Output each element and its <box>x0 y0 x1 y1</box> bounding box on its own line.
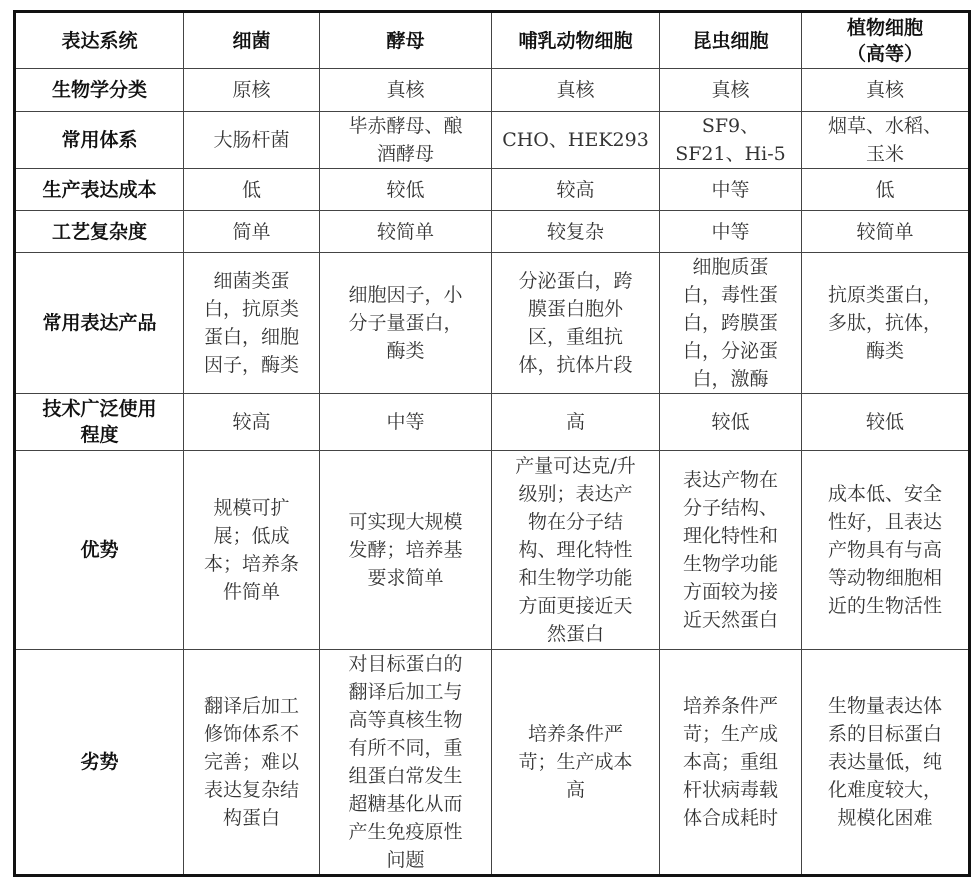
table-cell: 中等 <box>320 394 492 451</box>
header-yeast: 酵母 <box>320 12 492 69</box>
header-bacteria: 细菌 <box>184 12 320 69</box>
table-cell: 可实现大规模 发酵；培养基 要求简单 <box>320 451 492 650</box>
row-header: 常用表达产品 <box>15 253 184 394</box>
table-cell: 真核 <box>660 69 802 112</box>
row-header: 常用体系 <box>15 112 184 169</box>
table-cell: 较低 <box>802 394 970 451</box>
table-cell: 分泌蛋白，跨 膜蛋白胞外 区，重组抗 体，抗体片段 <box>492 253 660 394</box>
header-mammalian-cell: 哺乳动物细胞 <box>492 12 660 69</box>
header-insect-cell: 昆虫细胞 <box>660 12 802 69</box>
table-cell: 对目标蛋白的 翻译后加工与 高等真核生物 有所不同，重 组蛋白常发生 超糖基化从… <box>320 650 492 876</box>
row-header: 优势 <box>15 451 184 650</box>
table-row-common-systems: 常用体系 大肠杆菌 毕赤酵母、酿 酒酵母 CHO、HEK293 SF9、 SF2… <box>15 112 970 169</box>
table-cell: 低 <box>802 169 970 211</box>
table-cell: 培养条件严 苛；生产成本 高 <box>492 650 660 876</box>
table-cell: 毕赤酵母、酿 酒酵母 <box>320 112 492 169</box>
table-cell: 细胞因子，小 分子量蛋白， 酶类 <box>320 253 492 394</box>
table-cell: 较简单 <box>320 211 492 253</box>
table-cell: 中等 <box>660 169 802 211</box>
table-header-row: 表达系统 细菌 酵母 哺乳动物细胞 昆虫细胞 植物细胞 （高等） <box>15 12 970 69</box>
table-row-products: 常用表达产品 细菌类蛋 白，抗原类 蛋白，细胞 因子，酶类 细胞因子，小 分子量… <box>15 253 970 394</box>
table-cell: 中等 <box>660 211 802 253</box>
table-cell: 低 <box>184 169 320 211</box>
table-row-advantages: 优势 规模可扩 展；低成 本；培养条 件简单 可实现大规模 发酵；培养基 要求简… <box>15 451 970 650</box>
table-cell: 较简单 <box>802 211 970 253</box>
expression-system-comparison-table: 表达系统 细菌 酵母 哺乳动物细胞 昆虫细胞 植物细胞 （高等） 生物学分类 原… <box>13 10 971 877</box>
row-header: 生物学分类 <box>15 69 184 112</box>
table-cell: CHO、HEK293 <box>492 112 660 169</box>
table-cell: 抗原类蛋白， 多肽，抗体， 酶类 <box>802 253 970 394</box>
table-cell: 产量可达克/升 级别；表达产 物在分子结 构、理化特性 和生物学功能 方面更接近… <box>492 451 660 650</box>
table-cell: 较复杂 <box>492 211 660 253</box>
table-cell: 翻译后加工 修饰体系不 完善；难以 表达复杂结 构蛋白 <box>184 650 320 876</box>
table-cell: 高 <box>492 394 660 451</box>
table-cell: 细胞质蛋 白，毒性蛋 白，跨膜蛋 白，分泌蛋 白，激酶 <box>660 253 802 394</box>
table-cell: 较高 <box>492 169 660 211</box>
table-cell: 大肠杆菌 <box>184 112 320 169</box>
table-cell: 原核 <box>184 69 320 112</box>
table-cell: 成本低、安全 性好，且表达 产物具有与高 等动物细胞相 近的生物活性 <box>802 451 970 650</box>
table-cell: 真核 <box>320 69 492 112</box>
table-cell: 烟草、水稻、 玉米 <box>802 112 970 169</box>
table-cell: 较低 <box>320 169 492 211</box>
table-cell: SF9、 SF21、Hi-5 <box>660 112 802 169</box>
table-cell: 规模可扩 展；低成 本；培养条 件简单 <box>184 451 320 650</box>
header-expression-system: 表达系统 <box>15 12 184 69</box>
row-header: 工艺复杂度 <box>15 211 184 253</box>
table-cell: 较高 <box>184 394 320 451</box>
table-cell: 表达产物在 分子结构、 理化特性和 生物学功能 方面较为接 近天然蛋白 <box>660 451 802 650</box>
table-cell: 细菌类蛋 白，抗原类 蛋白，细胞 因子，酶类 <box>184 253 320 394</box>
row-header: 技术广泛使用 程度 <box>15 394 184 451</box>
row-header: 劣势 <box>15 650 184 876</box>
header-plant-cell: 植物细胞 （高等） <box>802 12 970 69</box>
row-header: 生产表达成本 <box>15 169 184 211</box>
table-cell: 培养条件严 苛；生产成 本高；重组 杆状病毒载 体合成耗时 <box>660 650 802 876</box>
table-row-complexity: 工艺复杂度 简单 较简单 较复杂 中等 较简单 <box>15 211 970 253</box>
table-row-classification: 生物学分类 原核 真核 真核 真核 真核 <box>15 69 970 112</box>
table-cell: 真核 <box>492 69 660 112</box>
table-cell: 简单 <box>184 211 320 253</box>
table-cell: 真核 <box>802 69 970 112</box>
table-cell: 生物量表达体 系的目标蛋白 表达量低，纯 化难度较大， 规模化困难 <box>802 650 970 876</box>
table-row-cost: 生产表达成本 低 较低 较高 中等 低 <box>15 169 970 211</box>
table-row-adoption: 技术广泛使用 程度 较高 中等 高 较低 较低 <box>15 394 970 451</box>
table-cell: 较低 <box>660 394 802 451</box>
table-row-disadvantages: 劣势 翻译后加工 修饰体系不 完善；难以 表达复杂结 构蛋白 对目标蛋白的 翻译… <box>15 650 970 876</box>
